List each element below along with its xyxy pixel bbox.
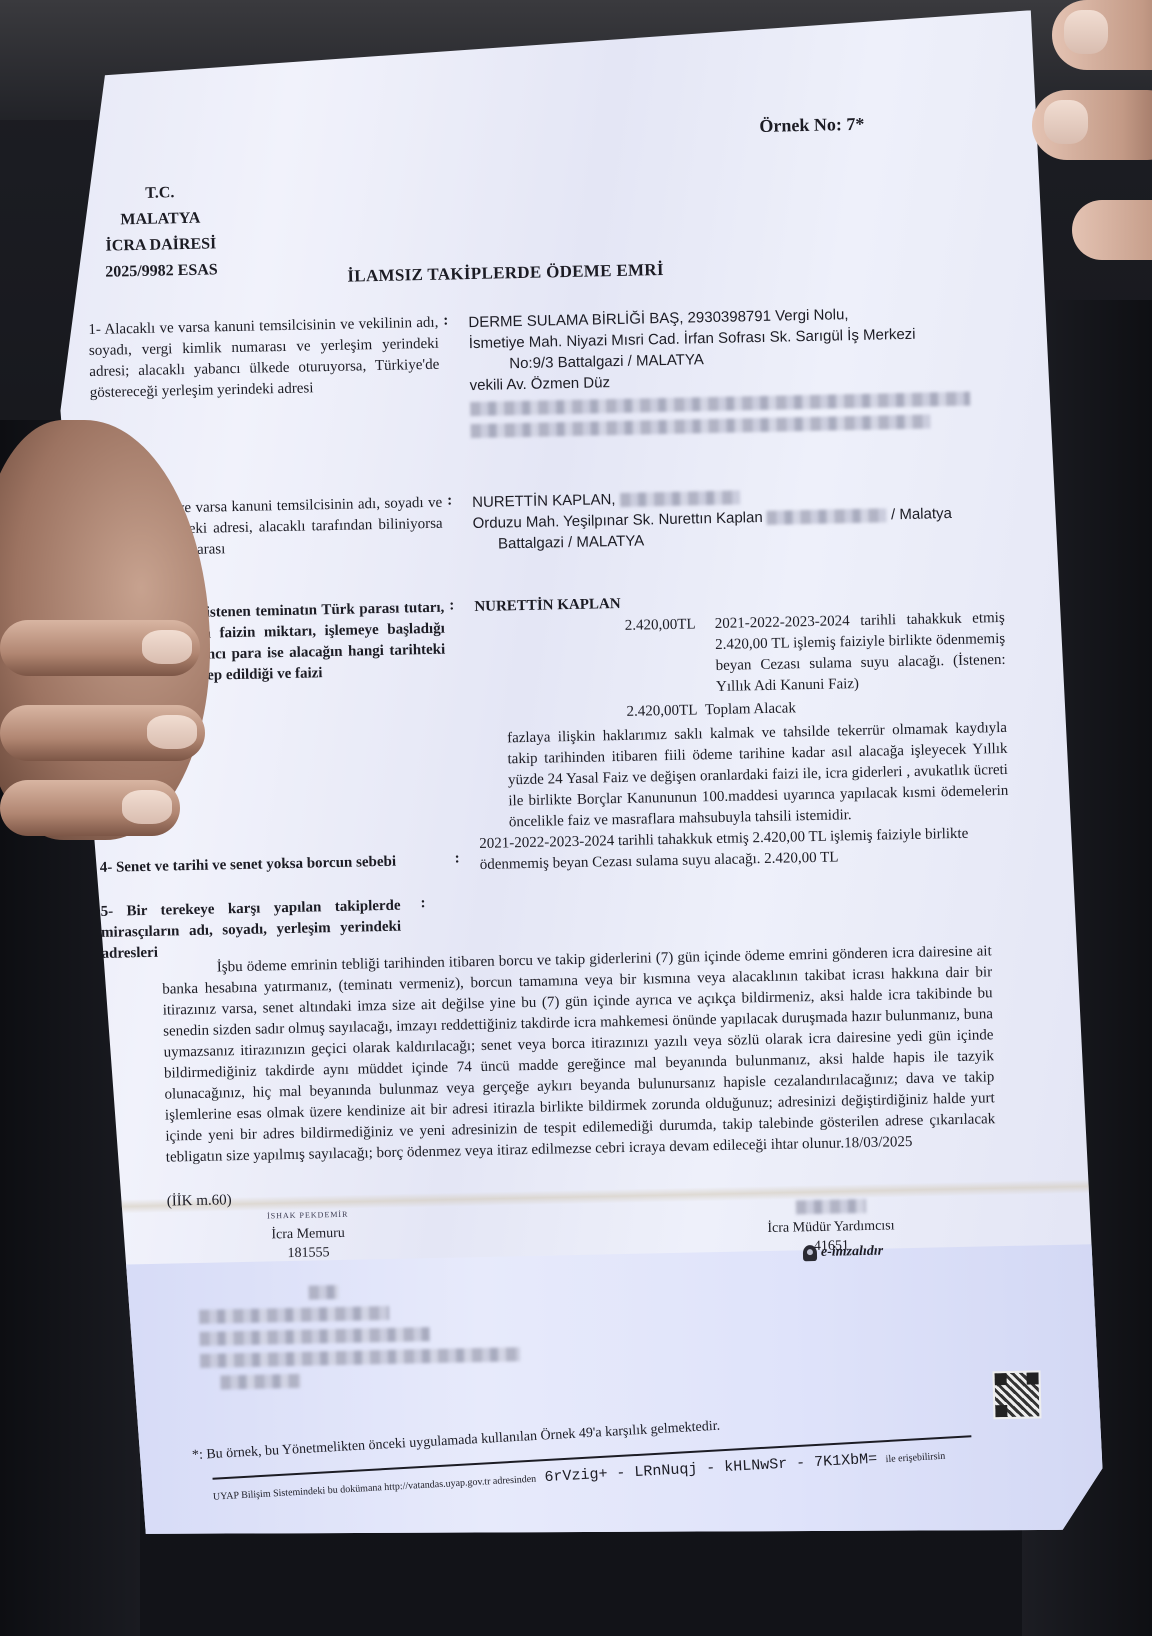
form-number: Örnek No: 7* — [759, 114, 864, 137]
e-signature-label: e-imzalıdır — [821, 1244, 884, 1261]
section-debtor: 2- Borçlunun ve varsa kanuni temsilcisin… — [92, 481, 1012, 500]
section-label: 1- Alacaklı ve varsa kanuni temsilcisini… — [88, 313, 440, 404]
finger — [1032, 90, 1152, 160]
redacted-text — [471, 414, 931, 438]
stamp-name: İshak PEKDEMİR — [267, 1205, 349, 1226]
finger — [1072, 200, 1152, 260]
colon: : — [443, 313, 448, 330]
claim-amount: 2.420,00TL — [625, 614, 696, 636]
finger — [0, 780, 180, 836]
signature-title: İcra Müdür Yardımcısı — [767, 1216, 895, 1238]
legal-reference: (İİK m.60) — [167, 1192, 232, 1210]
seal-icon — [803, 1245, 817, 1261]
redacted-block — [199, 1281, 521, 1398]
redacted-text — [470, 392, 970, 416]
fingernail — [1064, 10, 1108, 54]
section-label: 4- Senet ve tarihi ve senet yoksa borcun… — [100, 851, 450, 879]
header-line: 2025/9982 ESAS — [105, 257, 218, 285]
signature-title: İcra Memuru — [267, 1224, 349, 1245]
payment-order-document: T.C. MALATYA İCRA DAİRESİ 2025/9982 ESAS… — [42, 9, 1104, 1550]
redacted-text — [199, 1327, 429, 1346]
interest-terms: fazlaya ilişkin haklarımız saklı kalmak … — [507, 718, 1009, 833]
redacted-name — [795, 1199, 865, 1214]
header-line: MALATYA — [104, 205, 217, 233]
e-signature: e-imzalıdır — [803, 1244, 884, 1262]
fingernail — [1044, 100, 1088, 144]
warning-text: İşbu ödeme emrinin tebliği tarihinden it… — [162, 941, 996, 1168]
document-title: İLAMSIZ TAKİPLERDE ÖDEME EMRİ — [347, 260, 664, 287]
footnote: *: Bu örnek, bu Yönetmelikten önceki uyg… — [192, 1419, 721, 1464]
debtor-value: NURETTİN KAPLAN, Orduzu Mah. Yeşilpınar … — [472, 481, 993, 555]
section-creditor: 1- Alacaklı ve varsa kanuni temsilcisini… — [88, 301, 1008, 320]
section-heirs: 5- Bir terekeye karşı yapılan takiplerde… — [100, 883, 1020, 902]
redacted-text — [309, 1285, 339, 1300]
hand-right — [1032, 0, 1152, 320]
header-line: T.C. — [103, 179, 216, 207]
colon: : — [449, 597, 454, 614]
finger — [0, 705, 205, 761]
colon: : — [447, 492, 452, 509]
office-header: T.C. MALATYA İCRA DAİRESİ 2025/9982 ESAS — [103, 179, 218, 285]
colon: : — [420, 895, 425, 912]
finger — [0, 620, 200, 676]
finger — [1052, 0, 1152, 70]
signature-clerk: İshak PEKDEMİR İcra Memuru 181555 — [267, 1205, 350, 1264]
signature-id: 181555 — [268, 1243, 350, 1264]
claim-description: 2021-2022-2023-2024 tarihli tahakkuk etm… — [715, 608, 1007, 698]
fingernail — [142, 630, 192, 664]
redacted-text — [620, 490, 740, 507]
document-content: T.C. MALATYA İCRA DAİRESİ 2025/9982 ESAS… — [42, 9, 1104, 1550]
creditor-value: DERME SULAMA BİRLİĞİ BAŞ, 2930398791 Ver… — [468, 301, 991, 438]
section-amount: 3- Alacağın veya istenen teminatın Türk … — [94, 586, 1014, 605]
redacted-text — [199, 1306, 389, 1324]
redacted-text — [200, 1347, 520, 1368]
redacted-text — [767, 508, 887, 525]
colon: : — [454, 850, 459, 867]
header-line: İCRA DAİRESİ — [104, 231, 217, 259]
total-amount: 2.420,00TL Toplam Alacak — [626, 698, 796, 723]
warning-paragraph: İşbu ödeme emrinin tebliği tarihinden it… — [162, 941, 996, 1168]
fingernail — [122, 790, 172, 824]
fingernail — [147, 715, 197, 749]
qr-code-icon — [992, 1370, 1041, 1419]
redacted-text — [220, 1374, 300, 1390]
